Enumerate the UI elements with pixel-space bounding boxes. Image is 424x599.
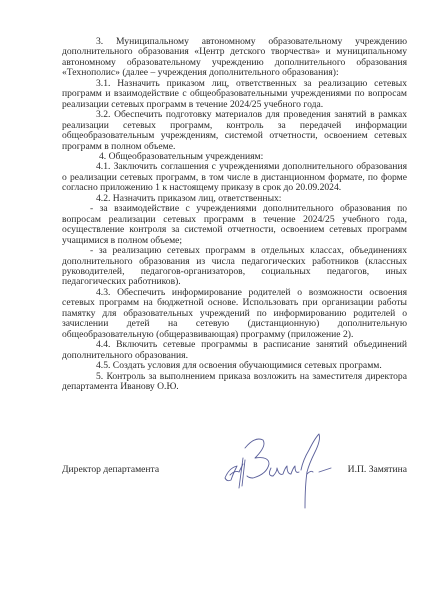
paragraph-3-1: 3.1. Назначить приказом лиц, ответственн… — [62, 79, 407, 110]
handwritten-signature-icon — [215, 430, 335, 518]
document-body: 3. Муниципальному автономному образовате… — [62, 37, 407, 392]
signatory-role: Директор департамента — [62, 464, 159, 475]
signature-block: Директор департамента И.П. Замятина — [62, 460, 407, 480]
paragraph-4-2-item-1: - за взаимодействие с учреждениями допол… — [62, 204, 407, 246]
paragraph-4-1: 4.1. Заключить соглашения с учреждениями… — [62, 162, 407, 193]
paragraph-3: 3. Муниципальному автономному образовате… — [62, 37, 407, 79]
paragraph-4-4: 4.4. Включить сетевые программы в распис… — [62, 340, 407, 361]
paragraph-4-3: 4.3. Обеспечить информирование родителей… — [62, 288, 407, 340]
paragraph-5: 5. Контроль за выполнением приказа возло… — [62, 372, 407, 393]
paragraph-4-5: 4.5. Создать условия для освоения обучаю… — [62, 361, 407, 371]
paragraph-4-2-item-2: - за реализацию сетевых программ в отдел… — [62, 246, 407, 288]
paragraph-3-2: 3.2. Обеспечить подготовку материалов дл… — [62, 110, 407, 152]
signatory-name: И.П. Замятина — [348, 464, 407, 475]
